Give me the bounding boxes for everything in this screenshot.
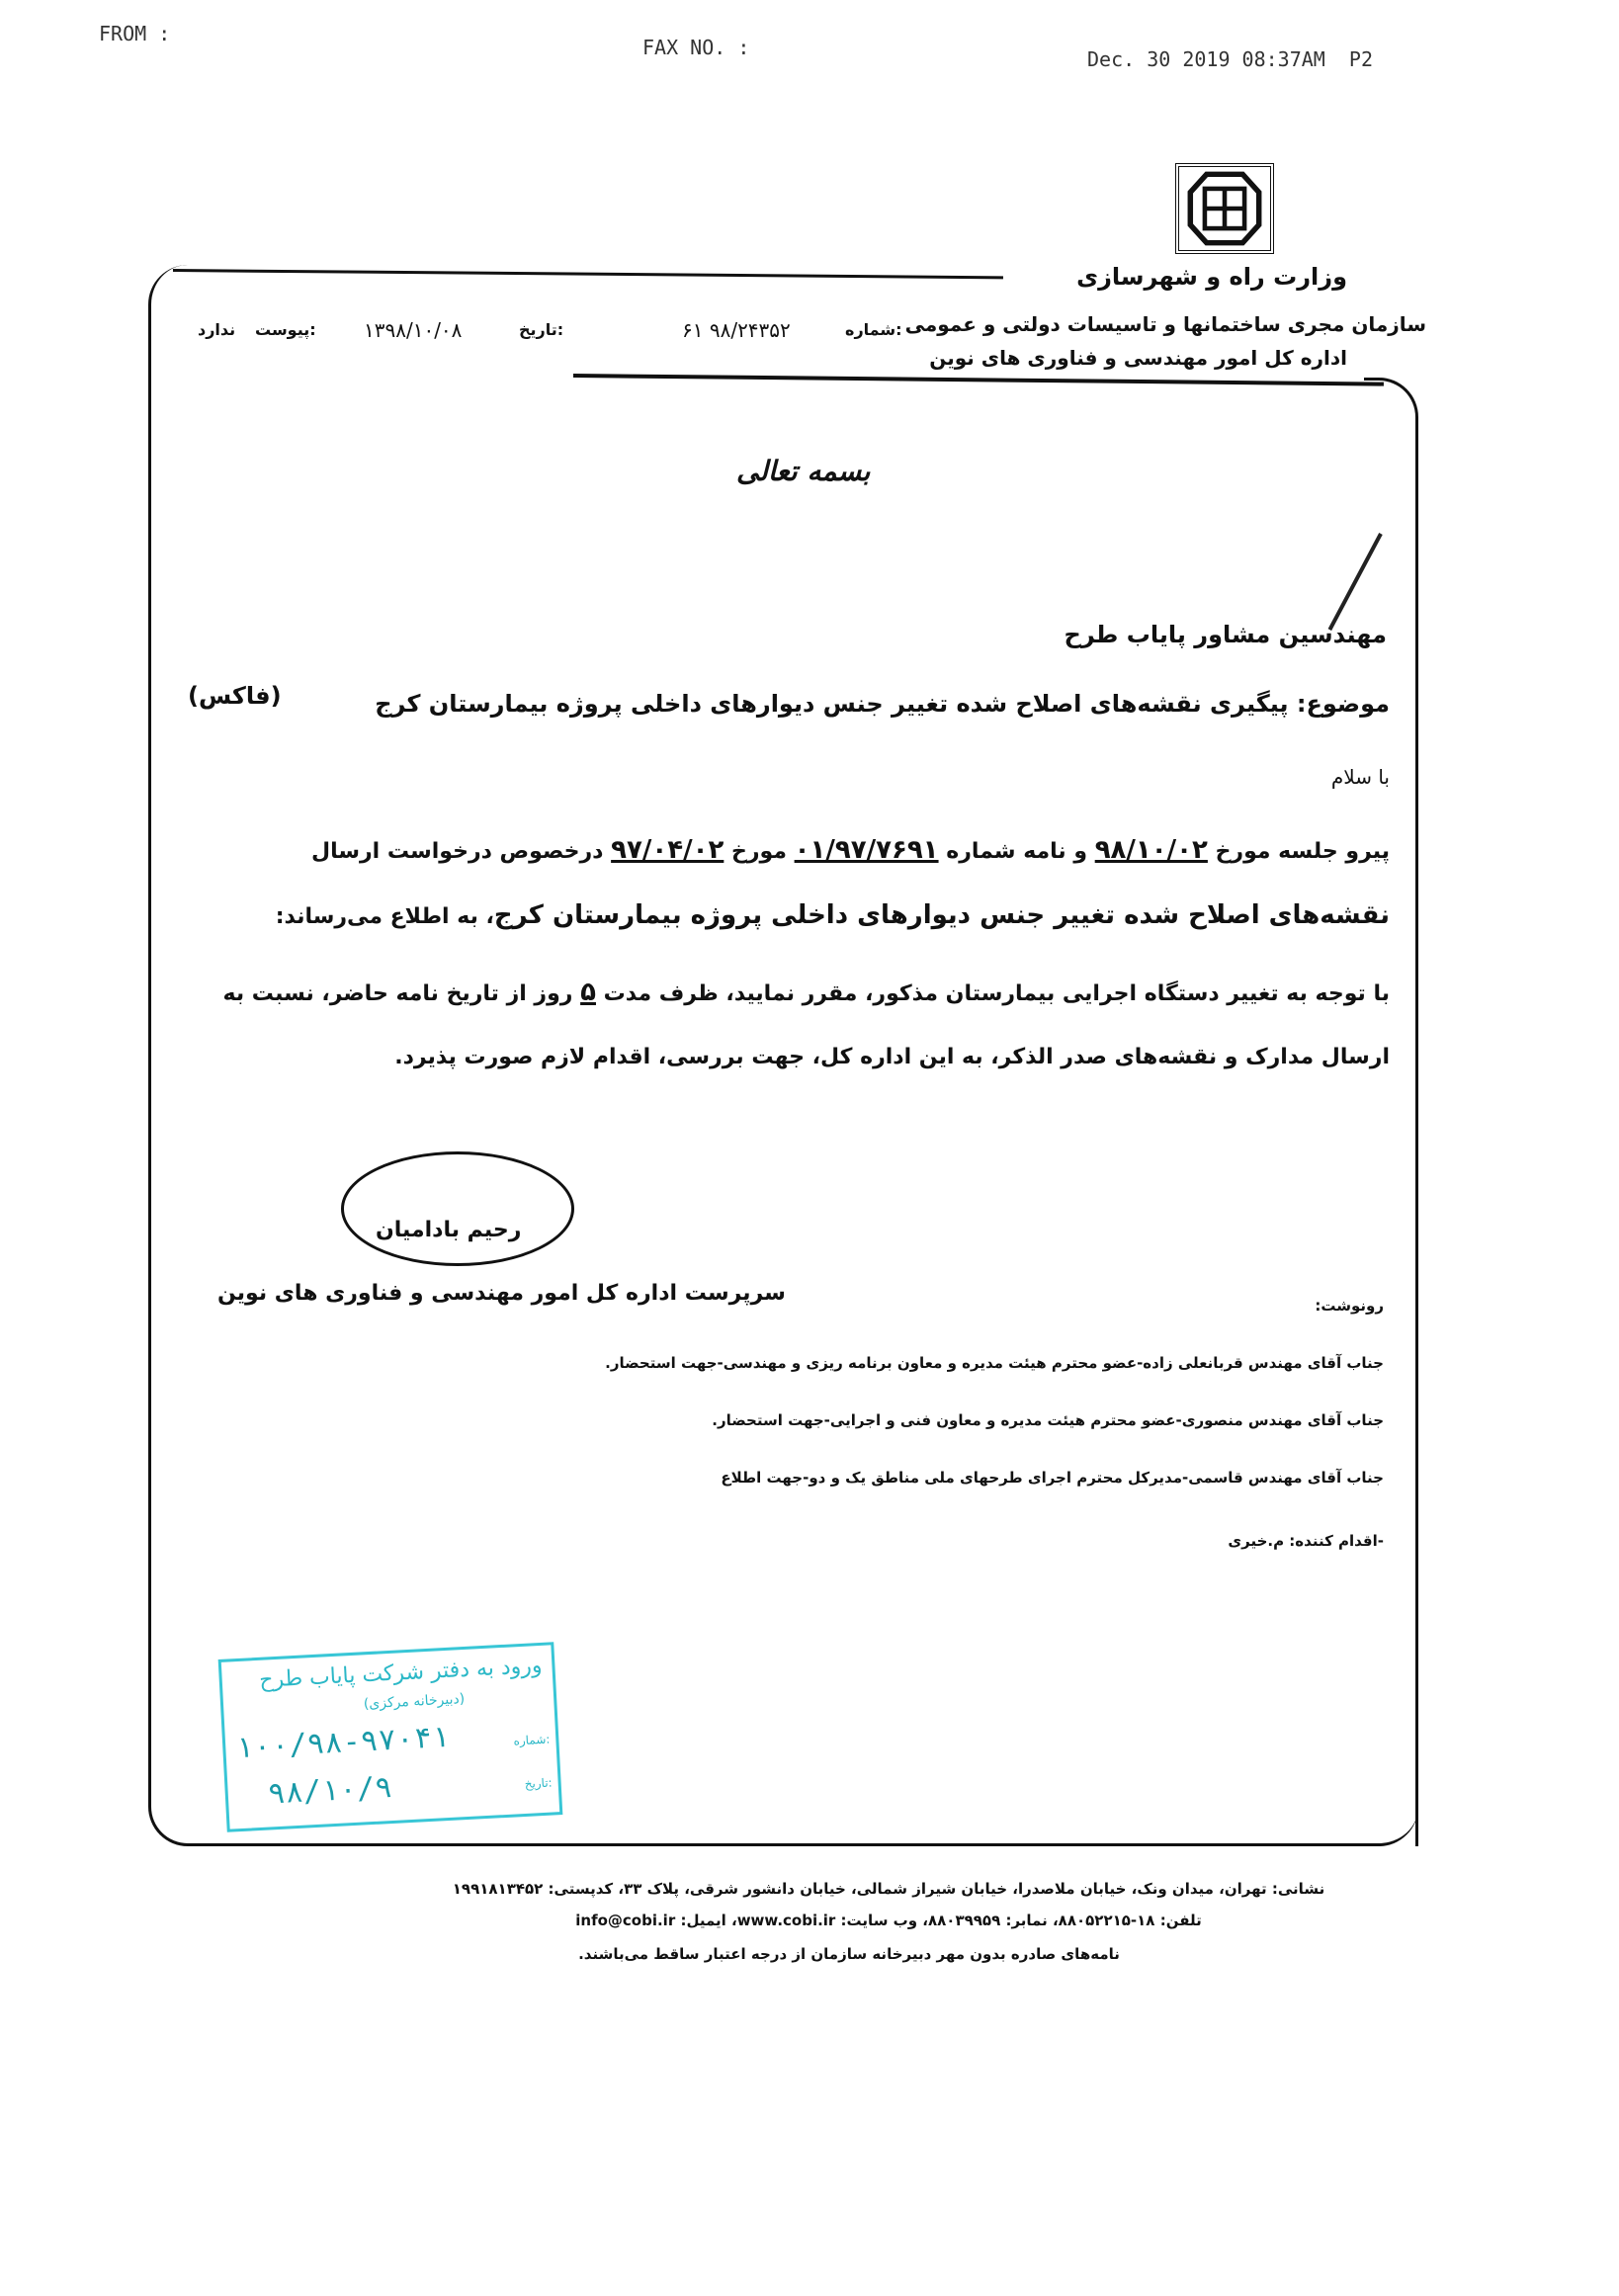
- fax-number-label: FAX NO. :: [642, 36, 749, 59]
- stamp-number-label: شماره:: [513, 1733, 550, 1748]
- prepared-by: -اقدام کننده: م.خیری: [1228, 1532, 1384, 1550]
- ministry-emblem-icon: [1175, 163, 1274, 254]
- attachment-value: ندارد: [198, 320, 235, 339]
- attachment-label: پیوست:: [255, 320, 316, 339]
- footer-address: نشانی: تهران، میدان ونک، خیابان ملاصدرا،…: [0, 1880, 1619, 1898]
- footer-contact: تلفن: ۱۸-۸۸۰۵۲۲۱۵، نمابر: ۸۸۰۳۹۹۵۹، وب س…: [0, 1912, 1619, 1929]
- reference-letter-date: ۹۷/۰۴/۰۲: [611, 835, 724, 865]
- bismillah-heading: بسمه تعالی: [736, 455, 870, 487]
- fax-datetime: Dec. 30 2019 08:37AM: [1087, 47, 1325, 71]
- copy-recipient: جناب آقای مهندس قربانعلی زاده-عضو محترم …: [605, 1354, 1384, 1372]
- copies-label: رونوشت:: [1315, 1297, 1384, 1315]
- emblem-graphic: [1179, 167, 1270, 250]
- meeting-date: ۹۸/۱۰/۰۲: [1095, 835, 1208, 865]
- letter-number-label: شماره:: [845, 320, 902, 339]
- organization-name: سازمان مجری ساختمانها و تاسیسات دولتی و …: [905, 312, 1426, 336]
- copy-recipient: جناب آقای مهندس قاسمی-مدیرکل محترم اجرای…: [721, 1469, 1384, 1487]
- stamp-date-label: تاریخ:: [524, 1776, 553, 1791]
- para1-text-2: و نامه شماره: [946, 839, 1087, 864]
- fax-from-label: FROM :: [99, 22, 170, 45]
- letter-number: ۶۱ ۹۸/۲۴۳۵۲: [682, 318, 791, 342]
- body-paragraph-2: با توجه به تغییر دستگاه اجرایی بیمارستان…: [184, 961, 1390, 1089]
- department-name: اداره کل امور مهندسی و فناوری های نوین: [929, 346, 1347, 370]
- letter-date: ۱۳۹۸/۱۰/۰۸: [364, 318, 462, 342]
- deadline-days: ۵: [580, 978, 596, 1007]
- para1-text-4: درخصوص درخواست ارسال: [311, 839, 603, 864]
- handwritten-signature: [341, 1151, 574, 1266]
- signer-title: سرپرست اداره کل امور مهندسی و فناوری های…: [217, 1281, 786, 1306]
- fax-page: P2: [1349, 47, 1373, 71]
- letter-date-label: تاریخ:: [519, 320, 563, 339]
- para1-text-1: پیرو جلسه مورخ: [1216, 839, 1390, 864]
- ministry-name: وزارت راه و شهرسازی: [1076, 263, 1347, 291]
- signer-name: رحیم بادامیان: [376, 1218, 521, 1242]
- footer-validity-note: نامه‌های صادره بدون مهر دبیرخانه سازمان …: [0, 1945, 1619, 1963]
- receipt-stamp: ورود به دفتر شرکت پایاب طرح (دبیرخانه مر…: [218, 1642, 563, 1832]
- delivery-method-tag: (فاکس): [188, 682, 282, 710]
- para1-text-6: ، به اطلاع می‌رساند:: [276, 904, 494, 929]
- frame-right-edge: [1364, 378, 1418, 1846]
- para2-text-1: با توجه به تغییر دستگاه اجرایی بیمارستان…: [604, 981, 1390, 1006]
- para1-text-3: مورخ: [731, 839, 787, 864]
- para1-emphasis: نقشه‌های اصلاح شده تغییر جنس دیوارهای دا…: [494, 900, 1390, 930]
- stamp-title: ورود به دفتر شرکت پایاب طرح: [259, 1654, 543, 1693]
- subject-line: موضوع: پیگیری نقشه‌های اصلاح شده تغییر ج…: [375, 690, 1390, 718]
- reference-letter-number: ۰۱/۹۷/۷۶۹۱: [795, 835, 939, 865]
- recipient: مهندسین مشاور پایاب طرح: [1065, 621, 1387, 648]
- stamp-number: ۱۰۰/۹۸-۹۷۰۴۱: [234, 1720, 450, 1765]
- fax-timestamp: Dec. 30 2019 08:37AM P2: [1087, 47, 1373, 71]
- body-paragraph-1: پیرو جلسه مورخ ۹۸/۱۰/۰۲ و نامه شماره ۰۱/…: [184, 818, 1390, 949]
- stamp-date: ۹۸/۱۰/۹: [267, 1770, 393, 1812]
- copy-recipient: جناب آقای مهندس منصوری-عضو محترم هیئت مد…: [712, 1411, 1384, 1429]
- greeting: با سلام: [1331, 765, 1390, 789]
- stamp-subtitle: (دبیرخانه مرکزی): [363, 1691, 465, 1712]
